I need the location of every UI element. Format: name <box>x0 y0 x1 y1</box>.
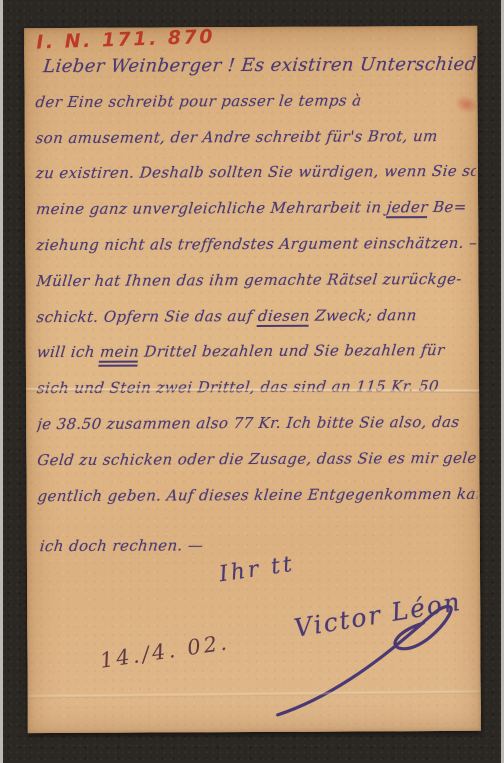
letter-body: Lieber Weinberger ! Es existiren Untersc… <box>33 47 476 565</box>
scan-edge-left <box>0 0 3 763</box>
date: 14./4. 02. <box>98 630 231 673</box>
letter-line: son amusement, der Andre schreibt für's … <box>34 118 478 156</box>
letter-line: meine ganz unvergleichliche Mehrarbeit i… <box>34 190 478 228</box>
letter-line: schickt. Opfern Sie das auf diesen Zweck… <box>35 297 479 335</box>
letter-line: Müller hat Ihnen das ihm gemachte Rätsel… <box>35 262 479 300</box>
letter-line: will ich mein Drittel bezahlen und Sie b… <box>35 333 479 371</box>
letter-line: der Eine schreibt pour passer le temps à <box>34 83 478 121</box>
album-page-background: I. N. 171. 870 Lieber Weinberger ! Es ex… <box>0 0 504 763</box>
letter-line: ziehung nicht als treffendstes Argument … <box>34 226 478 264</box>
letter-line: Lieber Weinberger ! Es existiren Untersc… <box>33 47 477 85</box>
letter-line: sich und Stein zwei Drittel, das sind an… <box>35 369 479 407</box>
signature-block: Victor Léon <box>271 582 477 728</box>
letter-line: zu existiren. Deshalb sollten Sie würdig… <box>34 154 478 192</box>
letter-line: gentlich geben. Auf dieses kleine Entgeg… <box>36 476 480 514</box>
letter-line: je 38.50 zusammen also 77 Kr. Ich bitte … <box>35 405 479 443</box>
letter-line: Geld zu schicken oder die Zusage, dass S… <box>36 441 480 479</box>
postcard: I. N. 171. 870 Lieber Weinberger ! Es ex… <box>24 26 481 733</box>
